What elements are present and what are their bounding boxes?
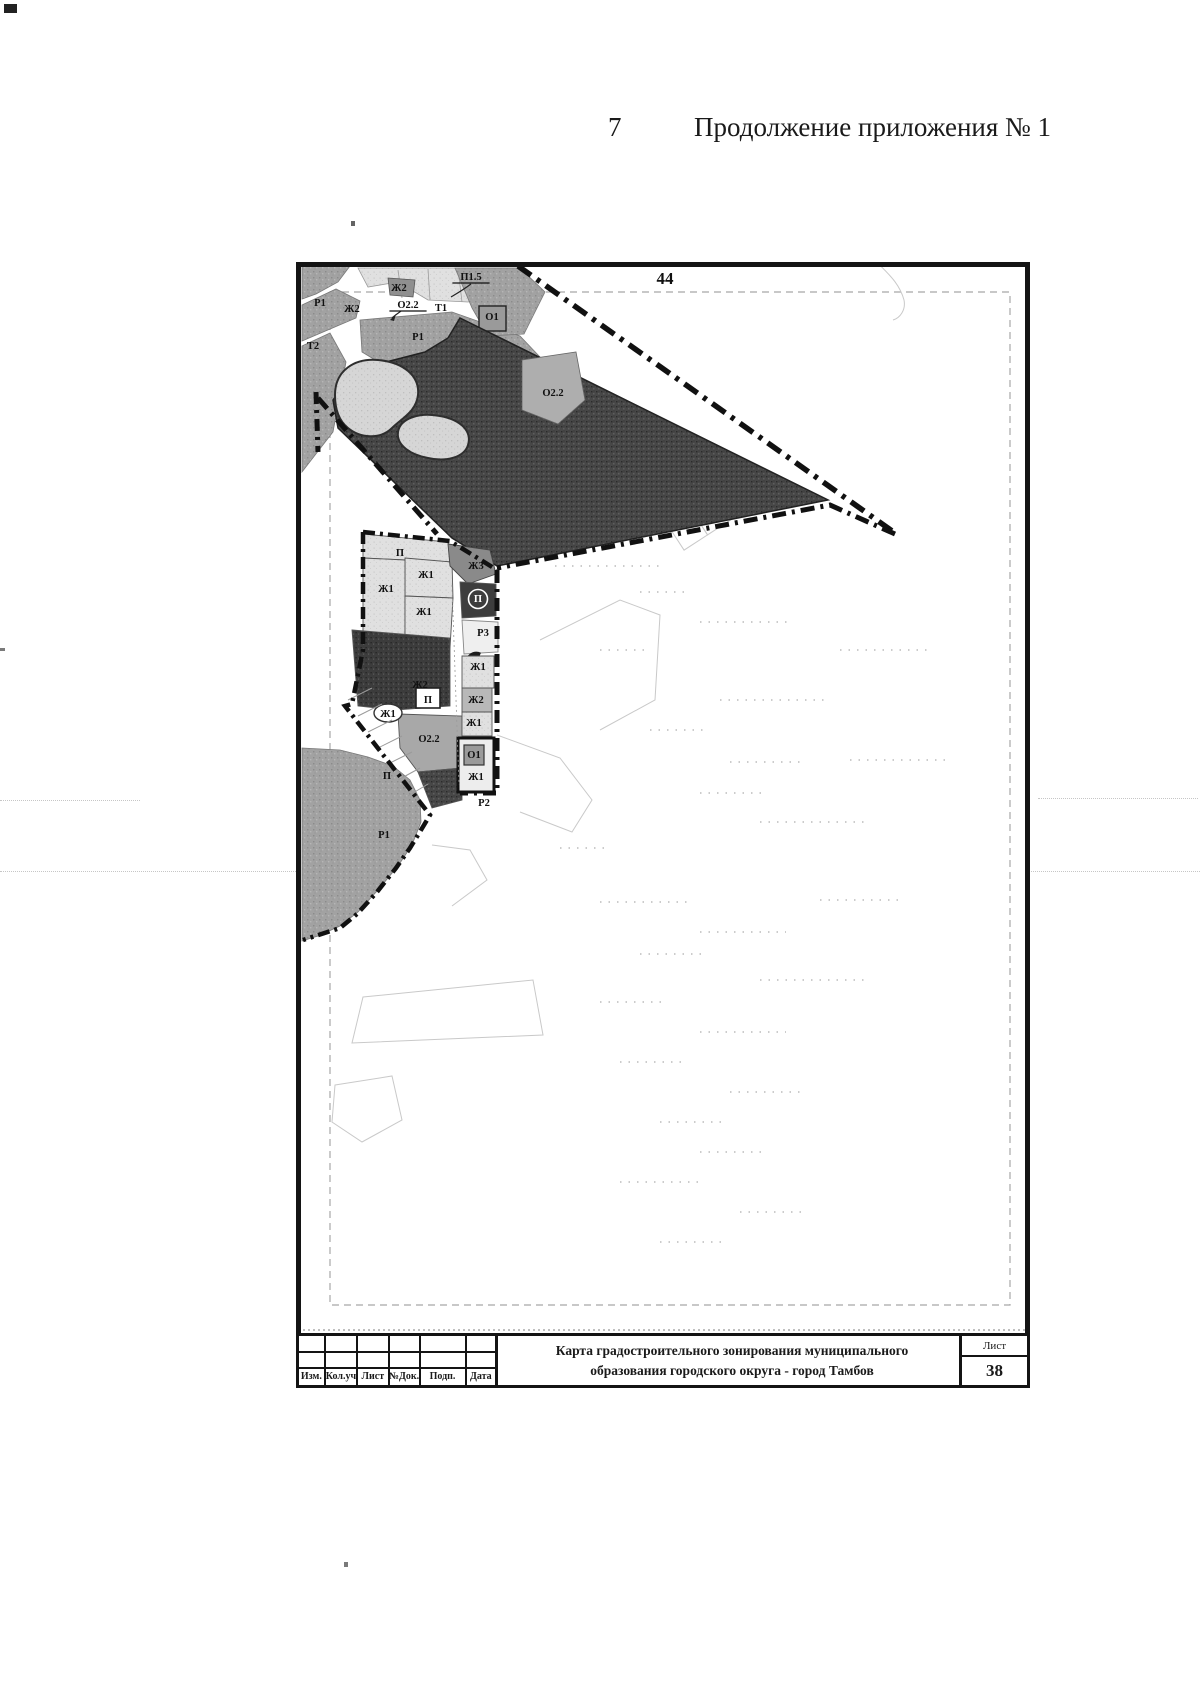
zone-label: О2.2 [418,734,439,745]
map-title-line2: образования городского округа - город Та… [590,1361,874,1381]
scanned-document-page: { "page": { "number": "7", "header": "Пр… [0,0,1200,1697]
tb-row-line [299,1367,498,1369]
zone-label: Ж1 [468,772,484,783]
tb-row-line [299,1351,498,1353]
zone-label: П [424,695,432,706]
title-block-columns: Изм. Кол.уч Лист №Док. Подп. Дата [299,1336,498,1385]
zone-label: Ж1 [416,607,432,618]
title-block: Изм. Кол.уч Лист №Док. Подп. Дата Карта … [296,1333,1030,1388]
zone-label: Ж2 [344,304,360,315]
map-frame: 44 Р1Ж2Ж2О2.2Т1П1.5О1Т2Р1О2.2ПЖ1Ж1Ж1Ж3ПР… [296,262,1030,1388]
zone-label: П [474,594,482,605]
tb-col-list: Лист [358,1336,389,1385]
map-title: Карта градостроительного зонирования мун… [500,1336,964,1385]
scan-fold-line [1038,798,1198,799]
sheet-label: Лист [962,1336,1027,1357]
zone-label: Ж1 [380,709,396,720]
zone-label: Р1 [314,298,326,309]
zone-label: Т1 [435,303,447,314]
zone-label: О1 [485,312,498,323]
scan-speck [351,221,355,226]
scan-fold-line [0,800,140,801]
zone-label: Ж1 [418,570,434,581]
zoning-map: 44 Р1Ж2Ж2О2.2Т1П1.5О1Т2Р1О2.2ПЖ1Ж1Ж1Ж3ПР… [301,267,1025,1383]
zone-label: О2.2 [542,388,563,399]
tb-col-podp: Подп. [421,1336,467,1385]
zone-label: Т2 [307,341,319,352]
zone-label: Ж1 [378,584,394,595]
zone-label: О1 [467,750,480,761]
speck-rows [555,566,950,1242]
page-number: 7 [608,112,622,143]
appendix-header: Продолжение приложения № 1 [694,112,1051,143]
scan-speck [0,648,5,651]
zone-label: Р2 [478,798,490,809]
adjacent-sheet-number: 44 [657,269,675,288]
zone-label: Ж1 [466,718,482,729]
zone-label: Ж2 [391,283,407,294]
zone-label: Ж2 [468,695,484,706]
zone-label: Р3 [477,628,489,639]
zone-label: Р1 [378,830,390,841]
sheet-value: 38 [962,1357,1027,1385]
scan-speck [344,1562,348,1567]
tb-col-ndok: №Док. [390,1336,421,1385]
zone-label: Ж2 [412,680,428,691]
zone-label: О2.2 [397,300,418,311]
zone-label: Ж3 [468,561,484,572]
zone-label: П1.5 [460,272,481,283]
scan-speck [4,4,17,13]
tb-col-izm: Изм. [299,1336,326,1385]
map-title-line1: Карта градостроительного зонирования мун… [556,1341,909,1361]
zone-label: Ж1 [470,662,486,673]
zone-label: П [396,548,404,559]
zone-label: Р1 [412,332,424,343]
tb-col-data: Дата [467,1336,498,1385]
tb-col-koluch: Кол.уч [326,1336,358,1385]
sheet-number-box: Лист 38 [959,1336,1027,1385]
zone-label: П [383,771,391,782]
